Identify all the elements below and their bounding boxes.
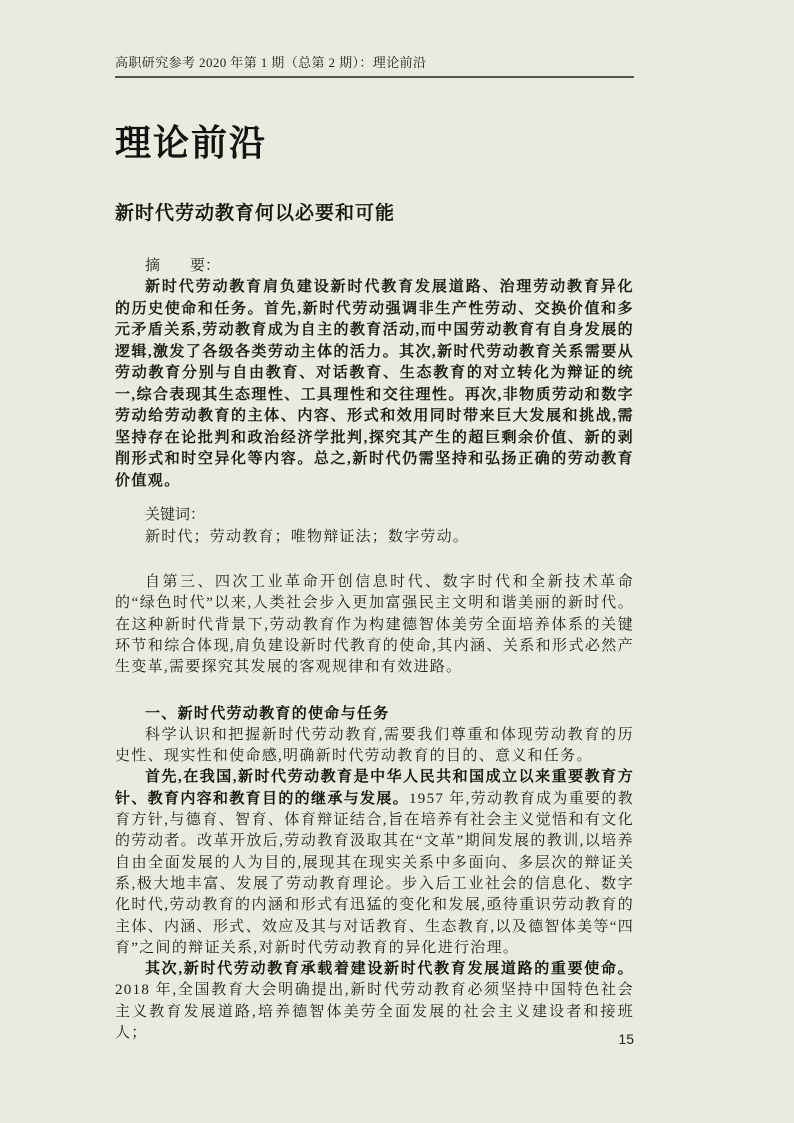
paragraph-2-rest: 1957 年,劳动教育成为重要的教育方针,与德育、智育、体育辩证结合,旨在培养有… xyxy=(115,791,634,956)
journal-page: 高职研究参考 2020 年第 1 期（总第 2 期）：理论前沿 理论前沿 新时代… xyxy=(0,0,794,1123)
paragraph-3-lead-bold: 其次,新时代劳动教育承载着建设新时代教育发展道路的重要使命。 xyxy=(145,961,634,977)
section1-paragraph-2: 首先,在我国,新时代劳动教育是中华人民共和国成立以来重要教育方针、教育内容和教育… xyxy=(115,767,634,959)
section1-paragraph-1: 科学认识和把握新时代劳动教育,需要我们尊重和体现劳动教育的历史性、现实性和使命感… xyxy=(115,725,634,768)
keywords-text: 新时代；劳动教育；唯物辩证法；数字劳动。 xyxy=(115,527,634,549)
running-header: 高职研究参考 2020 年第 1 期（总第 2 期）：理论前沿 xyxy=(115,0,634,78)
article-title: 新时代劳动教育何以必要和可能 xyxy=(115,203,634,226)
page-content: 高职研究参考 2020 年第 1 期（总第 2 期）：理论前沿 理论前沿 新时代… xyxy=(115,0,634,1044)
keywords-label: 关键词： xyxy=(115,505,634,527)
section1-heading: 一、新时代劳动教育的使命与任务 xyxy=(115,704,634,725)
abstract-text: 新时代劳动教育肩负建设新时代教育发展道路、治理劳动教育异化的历史使命和任务。首先… xyxy=(115,277,634,492)
abstract-label: 摘 要： xyxy=(115,256,634,278)
section-title: 理论前沿 xyxy=(115,124,634,162)
page-number: 15 xyxy=(115,1031,634,1047)
intro-paragraph: 自第三、四次工业革命开创信息时代、数字时代和全新技术革命的“绿色时代”以来,人类… xyxy=(115,572,634,678)
